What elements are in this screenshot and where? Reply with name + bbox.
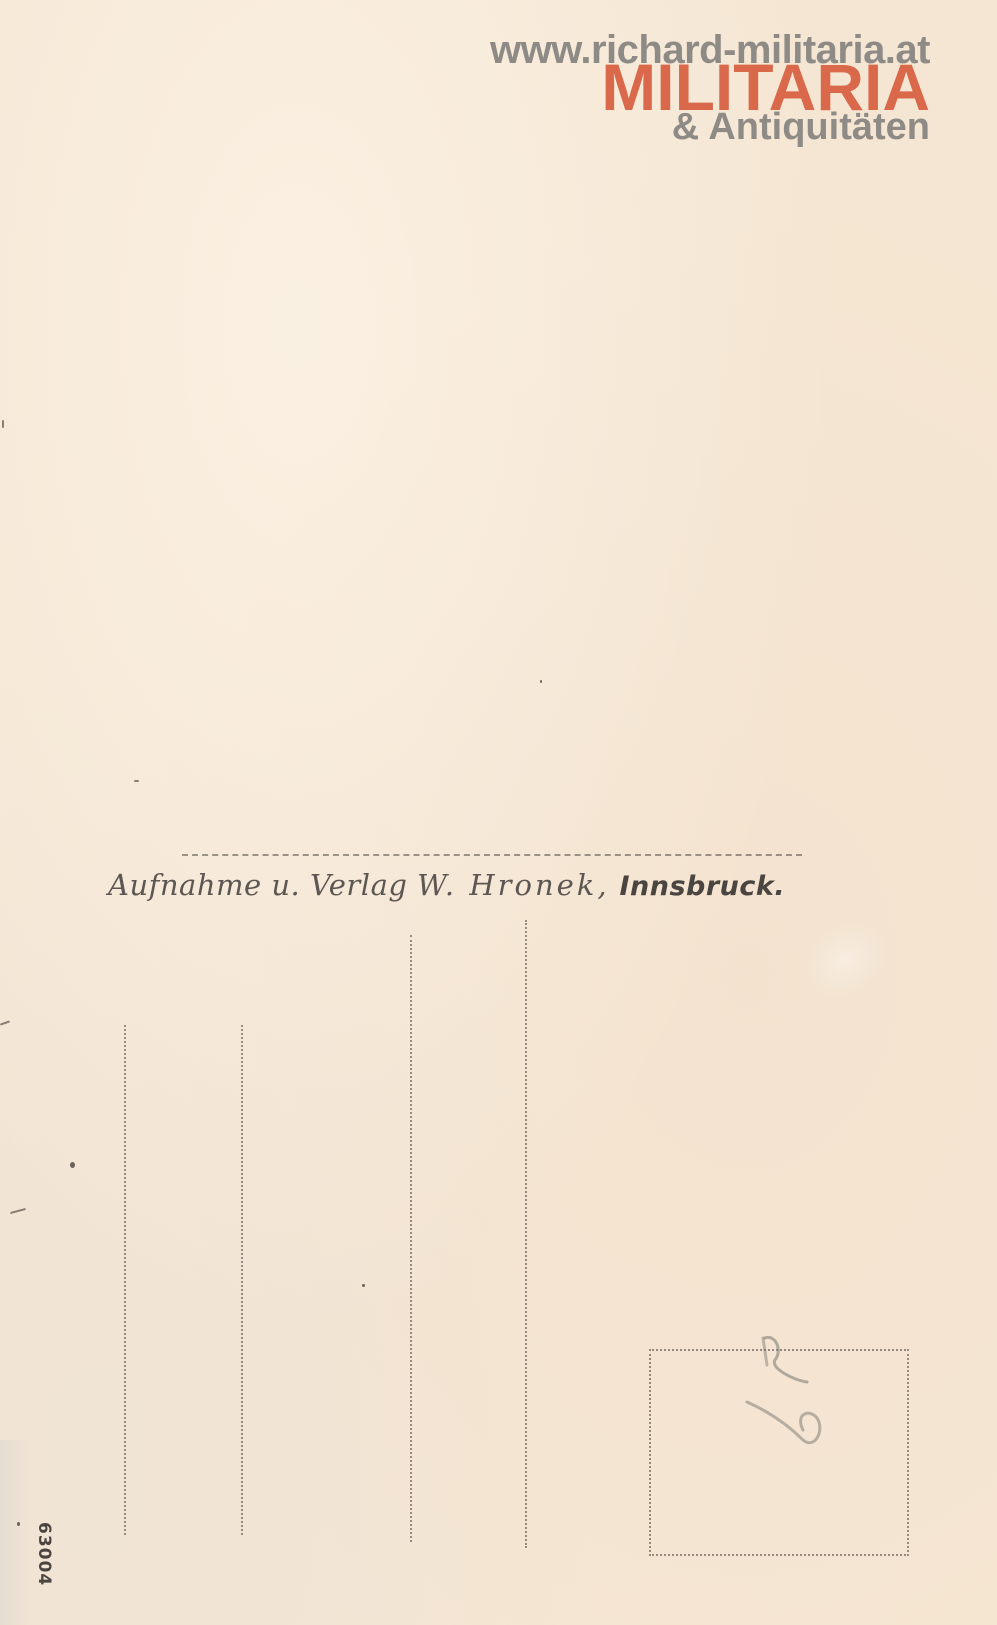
publisher-prefix: Aufnahme u. Verlag [108, 868, 417, 902]
paper-speck [70, 1162, 75, 1168]
paper-scratch [2, 420, 4, 428]
paper-scratch [10, 1208, 26, 1214]
paper-speck [362, 1284, 365, 1287]
center-divider-line [525, 920, 527, 1548]
address-line-3 [410, 935, 412, 1542]
paper-speck [17, 1522, 20, 1526]
serial-number: 63004 [34, 1522, 54, 1586]
paper-edge-shading [0, 1440, 30, 1625]
address-line-1 [124, 1025, 126, 1535]
paper-scratch [0, 1020, 10, 1025]
publisher-imprint: Aufnahme u. Verlag W. Hronek, Innsbruck. [108, 868, 785, 902]
dashed-divider [182, 854, 802, 856]
paper-smudge [788, 906, 902, 1015]
watermark-subtitle: & Antiquitäten [490, 108, 930, 146]
paper-speck [540, 680, 542, 683]
handwritten-pencil-mark [745, 1330, 865, 1460]
paper-scratch [134, 780, 139, 782]
watermark: www.richard-militaria.at MILITARIA & Ant… [490, 30, 930, 146]
publisher-city: Innsbruck. [610, 871, 786, 902]
address-line-2 [241, 1025, 243, 1535]
publisher-name: W. Hronek, [417, 868, 609, 902]
